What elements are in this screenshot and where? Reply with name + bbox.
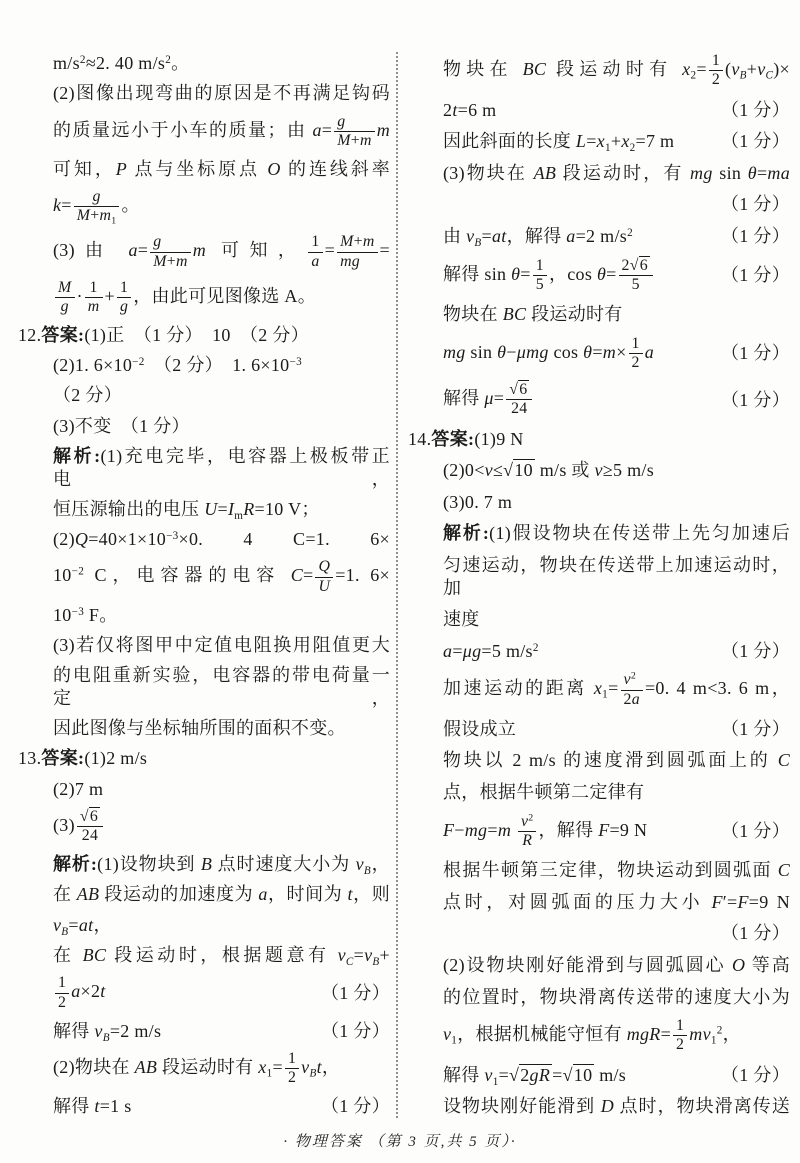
line-content: 解得 vB=2 m/s — [53, 1020, 161, 1043]
line-content: (2)Q=40×1×10−3×0. 4 C=1. 6× — [53, 528, 390, 551]
line-content: (2)0<v≤√10 m/s 或 v≥5 m/s — [443, 459, 654, 482]
line-content: 设物块刚好能滑到 D 点时，物块滑离传送 — [443, 1095, 790, 1118]
line-content: 12.答案:(1)正 （1 分） 10 （2 分） — [18, 324, 309, 347]
line-content: 可知，P 点与坐标原点 O 的连线斜率 — [53, 158, 390, 181]
line-content: k=gM+m1。 — [53, 188, 140, 225]
page-footer: · 物理答案 （第 3 页,共 5 页）· — [0, 1130, 800, 1151]
line-content: Mg·1m+1g，由此可见图像选 A。 — [53, 279, 316, 316]
text-line: (2)物块在 AB 段运动时有 x1=12vBt， — [18, 1050, 390, 1087]
text-line: 加速运动的距离 x1=v22a=0. 4 m<3. 6 m， — [408, 671, 790, 708]
column-divider — [396, 52, 398, 1118]
text-line: (2)1. 6×10−2 （2 分） 1. 6×10−3 — [18, 354, 390, 377]
line-content: vB=at， — [53, 914, 112, 937]
line-content: 的位置时，物块滑离传送带的速度大小为 — [443, 986, 790, 1009]
text-line: 速度 — [408, 608, 790, 631]
line-content: 2t=6 m — [443, 99, 496, 122]
text-line: (3)物块在 AB 段运动时，有 mg sin θ=ma — [408, 162, 790, 185]
text-line: (2)Q=40×1×10−3×0. 4 C=1. 6× — [18, 528, 390, 551]
answer-sheet-page: m/s2≈2. 40 m/s2。(2)图像出现弯曲的原因是不再满足钩码的质量远小… — [0, 0, 800, 1163]
line-content: （2 分） — [53, 384, 122, 407]
score-mark: （1 分） — [721, 718, 790, 741]
text-line: 物块在 BC 段运动时有 x2=12(vB+vC)× — [408, 52, 790, 89]
text-line: 解得 t=1 s（1 分） — [18, 1095, 390, 1118]
line-content: 12a×2t — [53, 974, 106, 1011]
score-mark: （1 分） — [721, 1064, 790, 1087]
line-content: (3)√624 — [53, 808, 105, 845]
text-line: mg sin θ−μmg cos θ=m×12a（1 分） — [408, 335, 790, 372]
text-line: 的电阻重新实验，电容器的带电荷量一定， — [18, 664, 390, 709]
score-mark: （1 分） — [721, 225, 790, 248]
line-content: 10−3 F。 — [53, 604, 118, 627]
text-line: 解得 v1=√2gR=√10 m/s（1 分） — [408, 1064, 790, 1087]
line-content: 解得 μ=√624 — [443, 381, 534, 418]
score-mark: （1 分） — [721, 389, 790, 412]
text-line: (2)7 m — [18, 778, 390, 801]
line-content: 恒压源输出的电压 U=ImR=10 V； — [53, 498, 320, 521]
text-line: 解得 μ=√624（1 分） — [408, 381, 790, 418]
text-line: m/s2≈2. 40 m/s2。 — [18, 52, 390, 75]
text-line: 假设成立（1 分） — [408, 718, 790, 741]
score-mark: （1 分） — [721, 342, 790, 365]
text-line: 解得 vB=2 m/s（1 分） — [18, 1020, 390, 1043]
text-line: 12a×2t（1 分） — [18, 974, 390, 1011]
text-line: 点时，对圆弧面的压力大小 F′=F=9 N — [408, 891, 790, 914]
line-content: 解析:(1)假设物块在传送带上先匀加速后 — [443, 522, 790, 545]
line-content: 解得 t=1 s — [53, 1095, 132, 1118]
text-line: 解析:(1)假设物块在传送带上先匀加速后 — [408, 522, 790, 545]
line-content: 的电阻重新实验，电容器的带电荷量一定， — [53, 664, 390, 709]
text-line: 10−2 C，电容器的电容 C=QU=1. 6× — [18, 558, 390, 595]
text-line: 解析:(1)充电完毕，电容器上极板带正电， — [18, 445, 390, 490]
text-line: 因此图像与坐标轴所围的面积不变。 — [18, 717, 390, 740]
line-content: mg sin θ−μmg cos θ=m×12a — [443, 335, 654, 372]
text-line: a=μg=5 m/s2（1 分） — [408, 640, 790, 663]
line-content: 解析:(1)设物块到 B 点时速度大小为 vB， — [53, 853, 390, 876]
line-content: 物块以 2 m/s 的速度滑到圆弧面上的 C — [443, 749, 790, 772]
text-line: v1，根据机械能守恒有 mgR=12mv12， — [408, 1017, 790, 1054]
score-mark: （1 分） — [721, 640, 790, 663]
score-mark: （1 分） — [721, 264, 790, 287]
line-content: 解得 v1=√2gR=√10 m/s — [443, 1064, 626, 1087]
line-content: (2)设物块刚好能滑到与圆弧圆心 O 等高 — [443, 954, 790, 977]
text-line: (2)图像出现弯曲的原因是不再满足钩码 — [18, 82, 390, 105]
line-content: 点，根据牛顿第二定律有 — [443, 781, 644, 804]
line-content: F−mg=m v2R，解得 F=9 N — [443, 813, 647, 850]
text-line: vB=at， — [18, 914, 390, 937]
line-content: 物块在 BC 段运动时有 — [443, 303, 623, 326]
score-mark: （1 分） — [721, 130, 790, 153]
line-content: 速度 — [443, 608, 480, 631]
line-content: 假设成立 — [443, 718, 516, 741]
question-number-line: 14.答案:(1)9 N — [408, 428, 790, 451]
line-content: 解析:(1)充电完毕，电容器上极板带正电， — [53, 445, 390, 490]
line-content: 加速运动的距离 x1=v22a=0. 4 m<3. 6 m， — [443, 671, 790, 708]
text-line: k=gM+m1。 — [18, 188, 390, 225]
text-line: （2 分） — [18, 384, 390, 407]
text-line: Mg·1m+1g，由此可见图像选 A。 — [18, 279, 390, 316]
score-mark: （1 分） — [721, 99, 790, 122]
line-content: 匀速运动，物块在传送带上加速运动时，加 — [443, 554, 790, 599]
line-content: (2)物块在 AB 段运动时有 x1=12vBt， — [53, 1050, 340, 1087]
line-content: 根据牛顿第三定律，物块运动到圆弧面 C — [443, 859, 790, 882]
line-content: 的质量远小于小车的质量；由 a=gM+mm — [53, 113, 390, 150]
line-content: 因此图像与坐标轴所围的面积不变。 — [53, 717, 346, 740]
line-content: 点时，对圆弧面的压力大小 F′=F=9 N — [443, 891, 790, 914]
text-line: (3)若仅将图甲中定值电阻换用阻值更大 — [18, 634, 390, 657]
score-mark: （1 分） — [321, 1020, 390, 1043]
text-line: (3)0. 7 m — [408, 491, 790, 514]
text-line: （1 分） — [408, 922, 790, 945]
text-line: 因此斜面的长度 L=x1+x2=7 m（1 分） — [408, 130, 790, 153]
line-content: (2)1. 6×10−2 （2 分） 1. 6×10−3 — [53, 354, 302, 377]
line-content: 物块在 BC 段运动时有 x2=12(vB+vC)× — [443, 52, 790, 89]
text-line: 可知，P 点与坐标原点 O 的连线斜率 — [18, 158, 390, 181]
text-line: 恒压源输出的电压 U=ImR=10 V； — [18, 498, 390, 521]
left-column: m/s2≈2. 40 m/s2。(2)图像出现弯曲的原因是不再满足钩码的质量远小… — [18, 52, 390, 1118]
question-number-line: 13.答案:(1)2 m/s — [18, 747, 390, 770]
text-line: 物块在 BC 段运动时有 — [408, 303, 790, 326]
question-number-line: 12.答案:(1)正 （1 分） 10 （2 分） — [18, 324, 390, 347]
line-content: (3)若仅将图甲中定值电阻换用阻值更大 — [53, 634, 390, 657]
line-content: (2)图像出现弯曲的原因是不再满足钩码 — [53, 82, 390, 105]
line-content: 由 vB=at，解得 a=2 m/s2 — [443, 225, 633, 248]
score-mark: （1 分） — [321, 1095, 390, 1118]
line-content: 解得 sin θ=15，cos θ=2√65 — [443, 257, 655, 294]
text-line: 在 AB 段运动的加速度为 a，时间为 t，则 — [18, 883, 390, 906]
line-content: a=μg=5 m/s2 — [443, 640, 539, 663]
line-content: 10−2 C，电容器的电容 C=QU=1. 6× — [53, 558, 390, 595]
score-mark: （1 分） — [321, 982, 390, 1005]
text-line: 在 BC 段运动时，根据题意有 vC=vB+ — [18, 944, 390, 967]
text-line: 的质量远小于小车的质量；由 a=gM+mm — [18, 113, 390, 150]
line-content: 在 AB 段运动的加速度为 a，时间为 t，则 — [53, 883, 390, 906]
right-column: 物块在 BC 段运动时有 x2=12(vB+vC)×2t=6 m（1 分）因此斜… — [408, 52, 790, 1118]
text-line: (3)√624 — [18, 808, 390, 845]
text-line: (3)由 a=gM+mm 可知，1a=M+mmg= — [18, 233, 390, 270]
line-content: 14.答案:(1)9 N — [408, 428, 524, 451]
text-line: （1 分） — [408, 193, 790, 216]
text-line: 10−3 F。 — [18, 604, 390, 627]
line-content: (3)0. 7 m — [443, 491, 512, 514]
text-line: (2)设物块刚好能滑到与圆弧圆心 O 等高 — [408, 954, 790, 977]
text-line: 根据牛顿第三定律，物块运动到圆弧面 C — [408, 859, 790, 882]
score-mark: （1 分） — [721, 922, 790, 945]
text-line: 由 vB=at，解得 a=2 m/s2（1 分） — [408, 225, 790, 248]
line-content: 因此斜面的长度 L=x1+x2=7 m — [443, 130, 674, 153]
line-content: (2)7 m — [53, 778, 103, 801]
text-line: 物块以 2 m/s 的速度滑到圆弧面上的 C — [408, 749, 790, 772]
line-content: m/s2≈2. 40 m/s2。 — [53, 52, 189, 75]
text-line: 的位置时，物块滑离传送带的速度大小为 — [408, 986, 790, 1009]
line-content: (3)不变 （1 分） — [53, 415, 190, 438]
text-line: 解析:(1)设物块到 B 点时速度大小为 vB， — [18, 853, 390, 876]
line-content: (3)由 a=gM+mm 可知，1a=M+mmg= — [53, 233, 390, 270]
score-mark: （1 分） — [721, 193, 790, 216]
text-line: (3)不变 （1 分） — [18, 415, 390, 438]
text-line: 设物块刚好能滑到 D 点时，物块滑离传送 — [408, 1095, 790, 1118]
line-content: v1，根据机械能守恒有 mgR=12mv12， — [443, 1017, 741, 1054]
score-mark: （1 分） — [721, 820, 790, 843]
line-content: (3)物块在 AB 段运动时，有 mg sin θ=ma — [443, 162, 790, 185]
text-line: F−mg=m v2R，解得 F=9 N（1 分） — [408, 813, 790, 850]
text-line: 匀速运动，物块在传送带上加速运动时，加 — [408, 554, 790, 599]
text-line: (2)0<v≤√10 m/s 或 v≥5 m/s — [408, 459, 790, 482]
text-line: 解得 sin θ=15，cos θ=2√65（1 分） — [408, 257, 790, 294]
line-content: 在 BC 段运动时，根据题意有 vC=vB+ — [53, 944, 390, 967]
text-line: 点，根据牛顿第二定律有 — [408, 781, 790, 804]
line-content: 13.答案:(1)2 m/s — [18, 747, 147, 770]
text-line: 2t=6 m（1 分） — [408, 99, 790, 122]
